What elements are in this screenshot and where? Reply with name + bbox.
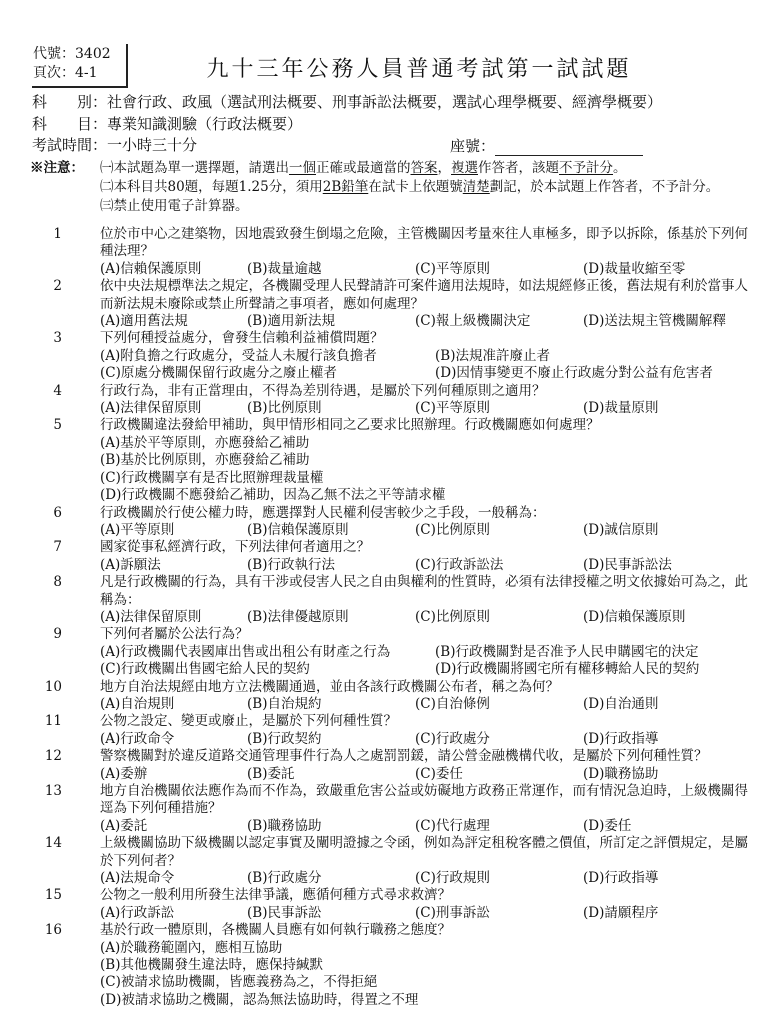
option-D: (D)民事訴訟法 — [583, 557, 748, 574]
option-B: (B)行政契約 — [247, 731, 415, 748]
question-body: 位於市中心之建築物，因地震致發生倒塌之危險，主管機關因考量來往人車極多，即予以拆… — [100, 226, 748, 278]
notice-line: ㈠本試題為單一選擇題，請選出一個正確或最適當的答案，複選作答者，該題不予計分。 — [100, 159, 750, 178]
option-B: (B)職務協助 — [247, 818, 415, 835]
question-body: 行政行為，非有正當理由，不得為差別待遇，是屬於下列何種原則之適用？(A)法律保留… — [100, 383, 748, 418]
question-text: 行政行為，非有正當理由，不得為差別待遇，是屬於下列何種原則之適用？ — [100, 383, 748, 400]
question-row: 11公物之設定、變更或廢止，是屬於下列何種性質？(A)行政命令(B)行政契約(C… — [0, 713, 748, 748]
notice-block: ※注意： ㈠本試題為單一選擇題，請選出一個正確或最適當的答案，複選作答者，該題不… — [30, 159, 750, 216]
option-group: (A)行政機關代表國庫出售或出租公有財產之行為(B)行政機關對是否准予人民申購國… — [100, 644, 748, 679]
option-C: (C)行政處分 — [415, 731, 583, 748]
option-C: (C)自治條例 — [415, 696, 583, 713]
option-group: (A)委辦(B)委託(C)委任(D)職務協助 — [100, 766, 748, 783]
option-C: (C)被請求協助機關，皆應義務為之，不得拒絕 — [100, 974, 748, 991]
question-number: 4 — [0, 383, 62, 400]
option-C: (C)行政訴訟法 — [415, 557, 583, 574]
option-B: (B)其他機關發生違法時，應保持緘默 — [100, 957, 748, 974]
option-A: (A)於職務範圍內，應相互協助 — [100, 940, 748, 957]
page-index: 頁次：4-1 — [33, 64, 123, 83]
question-number: 13 — [0, 783, 62, 800]
question-row: 7國家從事私經濟行政，下列法律何者適用之？(A)訴願法(B)行政執行法(C)行政… — [0, 539, 748, 574]
meta-category-label: 科 別： — [32, 93, 107, 111]
question-body: 上級機關協助下級機關以認定事實及闡明證據之令函，例如為評定租稅客體之價值，所訂定… — [100, 835, 748, 887]
question-body: 基於行政一體原則，各機關人員應有如何執行職務之態度？(A)於職務範圍內，應相互協… — [100, 922, 748, 1009]
question-number: 12 — [0, 748, 62, 765]
question-number: 10 — [0, 679, 62, 696]
question-row: 6行政機關於行使公權力時，應選擇對人民權利侵害較少之手段，一般稱為：(A)平等原… — [0, 505, 748, 540]
question-body: 地方自治機關依法應作為而不作為，致嚴重危害公益或妨礙地方政務正常運作，而有情況急… — [100, 783, 748, 835]
option-D: (D)信賴保護原則 — [583, 609, 748, 626]
option-group: (A)訴願法(B)行政執行法(C)行政訴訟法(D)民事訴訟法 — [100, 557, 748, 574]
question-text: 下列何者屬於公法行為？ — [100, 626, 748, 643]
question-body: 地方自治法規經由地方立法機關通過，並由各該行政機關公布者，稱之為何？(A)自治規… — [100, 679, 748, 714]
option-group: (A)平等原則(B)信賴保護原則(C)比例原則(D)誠信原則 — [100, 522, 748, 539]
question-text: 基於行政一體原則，各機關人員應有如何執行職務之態度？ — [100, 922, 748, 939]
question-row: 16基於行政一體原則，各機關人員應有如何執行職務之態度？(A)於職務範圍內，應相… — [0, 922, 748, 1009]
option-D: (D)誠信原則 — [583, 522, 748, 539]
option-B: (B)行政執行法 — [247, 557, 415, 574]
notice-text: ， — [438, 160, 452, 176]
option-group: (A)行政訴訟(B)民事訴訟(C)刑事訴訟(D)請願程序 — [100, 905, 748, 922]
option-B: (B)行政處分 — [247, 870, 415, 887]
question-number: 3 — [0, 330, 62, 347]
meta-subject: 科 目：專業知識測驗（行政法概要） — [32, 114, 746, 136]
notice-label: ※注意： — [30, 159, 100, 216]
question-list: 1位於市中心之建築物，因地震致發生倒塌之危險，主管機關因考量來往人車極多，即予以… — [0, 226, 748, 1009]
option-A: (A)法規命令 — [100, 870, 247, 887]
option-B: (B)基於比例原則，亦應發給乙補助 — [100, 452, 748, 469]
notice-line: ㈡本科目共80題，每題1.25分，須用2B鉛筆在試卡上依題號清楚劃記，於本試題上… — [100, 178, 750, 197]
exam-code: 代號：3402 — [33, 45, 123, 64]
option-group: (A)自治規則(B)自治規約(C)自治條例(D)自治通則 — [100, 696, 748, 713]
option-group: (A)法律保留原則(B)比例原則(C)平等原則(D)裁量原則 — [100, 400, 748, 417]
notice-text: ㈡本科目共80題，每題1.25分，須用 — [100, 179, 323, 195]
page-title: 九十三年公務人員普通考試第一試試題 — [130, 52, 708, 83]
option-B: (B)裁量逾越 — [247, 261, 415, 278]
option-group: (A)附負擔之行政處分，受益人未履行該負擔者(B)法規准許廢止者(C)原處分機關… — [100, 348, 748, 383]
option-group: (A)法規命令(B)行政處分(C)行政規則(D)行政指導 — [100, 870, 748, 887]
option-D: (D)行政指導 — [583, 731, 748, 748]
option-group: (A)基於平等原則，亦應發給乙補助(B)基於比例原則，亦應發給乙補助(C)行政機… — [100, 435, 748, 505]
question-body: 行政機關違法發給甲補助，與甲情形相同之乙要求比照辦理。行政機關應如何處理？(A)… — [100, 417, 748, 504]
option-group: (A)適用舊法規(B)適用新法規(C)報上級機關決定(D)送法規主管機關解釋 — [100, 313, 748, 330]
notice-text: 作答者，該題 — [478, 160, 559, 176]
question-body: 依中央法規標準法之規定，各機關受理人民聲請許可案件適用法規時，如法規經修正後，舊… — [100, 278, 748, 330]
option-B: (B)法律優越原則 — [247, 609, 415, 626]
meta-time-label: 考試時間： — [32, 136, 107, 154]
option-D: (D)自治通則 — [583, 696, 748, 713]
option-D: (D)送法規主管機關解釋 — [583, 313, 748, 330]
question-row: 13地方自治機關依法應作為而不作為，致嚴重危害公益或妨礙地方政務正常運作，而有情… — [0, 783, 748, 835]
notice-underlined-text: 2B鉛筆 — [323, 179, 369, 195]
option-C: (C)行政機關出售國宅給人民的契約 — [100, 661, 435, 678]
question-row: 10地方自治法規經由地方立法機關通過，並由各該行政機關公布者，稱之為何？(A)自… — [0, 679, 748, 714]
notice-text: ㈢禁止使用電子計算器。 — [100, 198, 249, 214]
question-text: 位於市中心之建築物，因地震致發生倒塌之危險，主管機關因考量來往人車極多，即予以拆… — [100, 226, 748, 261]
question-row: 3下列何種授益處分，會發生信賴利益補償問題？(A)附負擔之行政處分，受益人未履行… — [0, 330, 748, 382]
notice-text: 劃記，於本試題上作答者，不予計分。 — [490, 179, 720, 195]
option-D: (D)委任 — [583, 818, 748, 835]
question-number: 6 — [0, 505, 62, 522]
option-A: (A)自治規則 — [100, 696, 247, 713]
option-A: (A)訴願法 — [100, 557, 247, 574]
notice-line: ㈢禁止使用電子計算器。 — [100, 197, 750, 216]
question-body: 凡是行政機關的行為，具有干涉或侵害人民之自由與權利的性質時，必須有法律授權之明文… — [100, 574, 748, 626]
option-A: (A)委辦 — [100, 766, 247, 783]
option-D: (D)被請求協助之機關，認為無法協助時，得置之不理 — [100, 992, 748, 1009]
question-row: 15公物之一般利用所發生法律爭議，應循何種方式尋求救濟？(A)行政訴訟(B)民事… — [0, 887, 748, 922]
question-row: 5行政機關違法發給甲補助，與甲情形相同之乙要求比照辦理。行政機關應如何處理？(A… — [0, 417, 748, 504]
option-C: (C)平等原則 — [415, 400, 583, 417]
question-number: 1 — [0, 226, 62, 243]
option-D: (D)裁量收縮至零 — [583, 261, 748, 278]
option-C: (C)報上級機關決定 — [415, 313, 583, 330]
option-A: (A)行政機關代表國庫出售或出租公有財產之行為 — [100, 644, 435, 661]
option-group: (A)法律保留原則(B)法律優越原則(C)比例原則(D)信賴保護原則 — [100, 609, 748, 626]
notice-text: ㈠本試題為單一選擇題，請選出 — [100, 160, 289, 176]
question-text: 警察機關對於違反道路交通管理事件行為人之處罰罰鍰，請公營金融機構代收，是屬於下列… — [100, 748, 748, 765]
option-C: (C)原處分機關保留行政處分之廢止權者 — [100, 365, 435, 382]
question-text: 依中央法規標準法之規定，各機關受理人民聲請許可案件適用法規時，如法規經修正後，舊… — [100, 278, 748, 313]
option-A: (A)法律保留原則 — [100, 400, 247, 417]
question-body: 行政機關於行使公權力時，應選擇對人民權利侵害較少之手段，一般稱為：(A)平等原則… — [100, 505, 748, 540]
notice-text: 。 — [613, 160, 627, 176]
question-number: 7 — [0, 539, 62, 556]
question-text: 公物之設定、變更或廢止，是屬於下列何種性質？ — [100, 713, 748, 730]
seat-number-blank — [495, 141, 643, 156]
option-B: (B)行政機關對是否准予人民申購國宅的決定 — [435, 644, 748, 661]
question-body: 公物之一般利用所發生法律爭議，應循何種方式尋求救濟？(A)行政訴訟(B)民事訴訟… — [100, 887, 748, 922]
option-A: (A)基於平等原則，亦應發給乙補助 — [100, 435, 748, 452]
question-row: 14上級機關協助下級機關以認定事實及闡明證據之令函，例如為評定租稅客體之價值，所… — [0, 835, 748, 887]
seat-number: 座號： — [450, 135, 643, 156]
question-number: 11 — [0, 713, 62, 730]
question-text: 下列何種授益處分，會發生信賴利益補償問題？ — [100, 330, 748, 347]
question-body: 國家從事私經濟行政，下列法律何者適用之？(A)訴願法(B)行政執行法(C)行政訴… — [100, 539, 748, 574]
option-D: (D)職務協助 — [583, 766, 748, 783]
question-number: 5 — [0, 417, 62, 434]
option-B: (B)民事訴訟 — [247, 905, 415, 922]
question-text: 上級機關協助下級機關以認定事實及闡明證據之令函，例如為評定租稅客體之價值，所訂定… — [100, 835, 748, 870]
question-body: 下列何種授益處分，會發生信賴利益補償問題？(A)附負擔之行政處分，受益人未履行該… — [100, 330, 748, 382]
meta-category-value: 社會行政、政風（選試刑法概要、刑事訴訟法概要，選試心理學概要、經濟學概要） — [107, 93, 662, 111]
notice-underlined-text: 複選 — [451, 160, 478, 176]
question-number: 14 — [0, 835, 62, 852]
option-C: (C)委任 — [415, 766, 583, 783]
question-row: 2依中央法規標準法之規定，各機關受理人民聲請許可案件適用法規時，如法規經修正後，… — [0, 278, 748, 330]
question-row: 4行政行為，非有正當理由，不得為差別待遇，是屬於下列何種原則之適用？(A)法律保… — [0, 383, 748, 418]
option-C: (C)平等原則 — [415, 261, 583, 278]
question-text: 行政機關違法發給甲補助，與甲情形相同之乙要求比照辦理。行政機關應如何處理？ — [100, 417, 748, 434]
option-B: (B)適用新法規 — [247, 313, 415, 330]
option-A: (A)行政命令 — [100, 731, 247, 748]
option-B: (B)自治規約 — [247, 696, 415, 713]
option-A: (A)適用舊法規 — [100, 313, 247, 330]
question-text: 公物之一般利用所發生法律爭議，應循何種方式尋求救濟？ — [100, 887, 748, 904]
meta-category: 科 別：社會行政、政風（選試刑法概要、刑事訴訟法概要，選試心理學概要、經濟學概要… — [32, 92, 746, 114]
option-D: (D)行政指導 — [583, 870, 748, 887]
question-row: 1位於市中心之建築物，因地震致發生倒塌之危險，主管機關因考量來往人車極多，即予以… — [0, 226, 748, 278]
question-number: 2 — [0, 278, 62, 295]
notice-underlined-text: 一個 — [289, 160, 316, 176]
option-A: (A)法律保留原則 — [100, 609, 247, 626]
meta-time-value: 一小時三十分 — [107, 136, 197, 154]
question-number: 8 — [0, 574, 62, 591]
question-row: 9下列何者屬於公法行為？(A)行政機關代表國庫出售或出租公有財產之行為(B)行政… — [0, 626, 748, 678]
question-text: 地方自治法規經由地方立法機關通過，並由各該行政機關公布者，稱之為何？ — [100, 679, 748, 696]
option-B: (B)比例原則 — [247, 400, 415, 417]
option-A: (A)行政訴訟 — [100, 905, 247, 922]
option-A: (A)委託 — [100, 818, 247, 835]
seat-number-label: 座號： — [450, 137, 495, 155]
option-group: (A)信賴保護原則(B)裁量逾越(C)平等原則(D)裁量收縮至零 — [100, 261, 748, 278]
meta-subject-value: 專業知識測驗（行政法概要） — [107, 115, 302, 133]
question-text: 行政機關於行使公權力時，應選擇對人民權利侵害較少之手段，一般稱為： — [100, 505, 748, 522]
exam-paper-page: 代號：3402 頁次：4-1 九十三年公務人員普通考試第一試試題 科 別：社會行… — [0, 0, 768, 1024]
notice-underlined-text: 不予計分 — [559, 160, 613, 176]
option-C: (C)刑事訴訟 — [415, 905, 583, 922]
option-C: (C)比例原則 — [415, 522, 583, 539]
question-text: 國家從事私經濟行政，下列法律何者適用之？ — [100, 539, 748, 556]
notice-lines: ㈠本試題為單一選擇題，請選出一個正確或最適當的答案，複選作答者，該題不予計分。㈡… — [100, 159, 750, 216]
option-D: (D)因情事變更不廢止行政處分對公益有危害者 — [435, 365, 748, 382]
notice-underlined-text: 答案 — [411, 160, 438, 176]
option-A: (A)附負擔之行政處分，受益人未履行該負擔者 — [100, 348, 435, 365]
option-B: (B)信賴保護原則 — [247, 522, 415, 539]
option-A: (A)信賴保護原則 — [100, 261, 247, 278]
question-body: 下列何者屬於公法行為？(A)行政機關代表國庫出售或出租公有財產之行為(B)行政機… — [100, 626, 748, 678]
option-D: (D)裁量原則 — [583, 400, 748, 417]
meta-subject-label: 科 目： — [32, 115, 107, 133]
notice-text: 正確或最適當的 — [316, 160, 411, 176]
notice-underlined-text: 清楚 — [463, 179, 490, 195]
option-D: (D)請願程序 — [583, 905, 748, 922]
question-text: 地方自治機關依法應作為而不作為，致嚴重危害公益或妨礙地方政務正常運作，而有情況急… — [100, 783, 748, 818]
code-page-box: 代號：3402 頁次：4-1 — [32, 44, 128, 88]
option-B: (B)法規准許廢止者 — [435, 348, 748, 365]
question-body: 警察機關對於違反道路交通管理事件行為人之處罰罰鍰，請公營金融機構代收，是屬於下列… — [100, 748, 748, 783]
option-C: (C)行政機關享有是否比照辦理裁量權 — [100, 470, 748, 487]
question-body: 公物之設定、變更或廢止，是屬於下列何種性質？(A)行政命令(B)行政契約(C)行… — [100, 713, 748, 748]
option-group: (A)行政命令(B)行政契約(C)行政處分(D)行政指導 — [100, 731, 748, 748]
question-row: 8凡是行政機關的行為，具有干涉或侵害人民之自由與權利的性質時，必須有法律授權之明… — [0, 574, 748, 626]
option-B: (B)委託 — [247, 766, 415, 783]
option-D: (D)行政機關將國宅所有權移轉給人民的契約 — [435, 661, 748, 678]
question-number: 16 — [0, 922, 62, 939]
option-C: (C)代行處理 — [415, 818, 583, 835]
option-A: (A)平等原則 — [100, 522, 247, 539]
notice-text: 在試卡上依題號 — [368, 179, 463, 195]
option-C: (C)比例原則 — [415, 609, 583, 626]
option-D: (D)行政機關不應發給乙補助，因為乙無不法之平等請求權 — [100, 487, 748, 504]
question-row: 12警察機關對於違反道路交通管理事件行為人之處罰罰鍰，請公營金融機構代收，是屬於… — [0, 748, 748, 783]
question-text: 凡是行政機關的行為，具有干涉或侵害人民之自由與權利的性質時，必須有法律授權之明文… — [100, 574, 748, 609]
option-group: (A)委託(B)職務協助(C)代行處理(D)委任 — [100, 818, 748, 835]
question-number: 15 — [0, 887, 62, 904]
option-C: (C)行政規則 — [415, 870, 583, 887]
option-group: (A)於職務範圍內，應相互協助(B)其他機關發生違法時，應保持緘默(C)被請求協… — [100, 940, 748, 1010]
question-number: 9 — [0, 626, 62, 643]
